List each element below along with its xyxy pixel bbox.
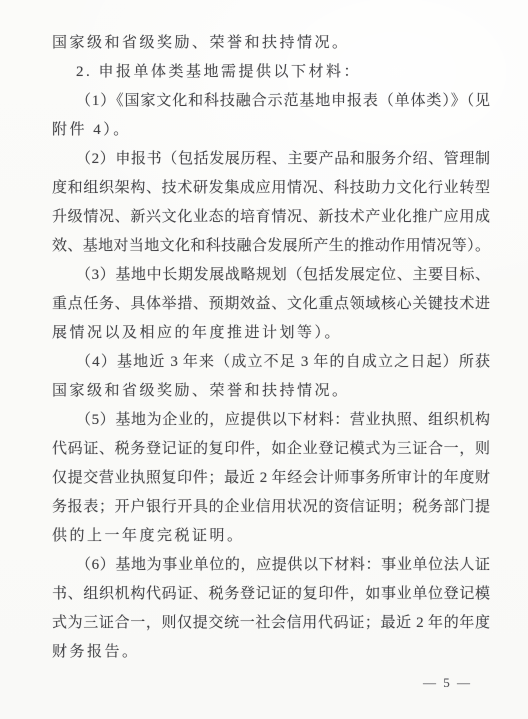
text-line: 效、基地对当地文化和科技融合发展所产生的推动作用情况等）。 [52,232,490,261]
text-line: 度和组织架构、技术研发集成应用情况、科技助力文化行业转型 [52,174,490,203]
text-line: （3）基地中长期发展战略规划（包括发展定位、主要目标、 [52,261,490,290]
text-line: 代码证、税务登记证的复印件，如企业登记模式为三证合一，则 [52,435,490,464]
text-line: 式为三证合一，则仅提交统一社会信用代码证；最近 2 年的年度 [52,609,490,638]
text-line: 重点任务、具体举措、预期效益、文化重点领域核心关键技术进 [52,290,490,319]
document-page: 国家级和省级奖励、荣誉和扶持情况。 2. 申报单体类基地需提供以下材料： （1）… [0,0,528,719]
text-line: 财务报告。 [52,638,490,667]
text-line: （5）基地为企业的，应提供以下材料：营业执照、组织机构 [52,406,490,435]
document-body-text: 国家级和省级奖励、荣誉和扶持情况。 2. 申报单体类基地需提供以下材料： （1）… [52,29,490,667]
text-line: 2. 申报单体类基地需提供以下材料： [52,58,490,87]
text-line: 升级情况、新兴文化业态的培育情况、新技术产业化推广应用成 [52,203,490,232]
text-line: 仅提交营业执照复印件；最近 2 年经会计师事务所审计的年度财 [52,464,490,493]
page-number: — 5 — [423,674,472,692]
text-line: （1）《国家文化和科技融合示范基地申报表（单体类）》（见 [52,87,490,116]
text-line: （6）基地为事业单位的，应提供以下材料：事业单位法人证 [52,551,490,580]
text-line: 国家级和省级奖励、荣誉和扶持情况。 [52,377,490,406]
text-line: 附件 4）。 [52,116,490,145]
text-line: （4）基地近 3 年来（成立不足 3 年的自成立之日起）所获 [52,348,490,377]
text-line: （2）申报书（包括发展历程、主要产品和服务介绍、管理制 [52,145,490,174]
text-line: 展情况以及相应的年度推进计划等）。 [52,319,490,348]
text-line: 务报表；开户银行开具的企业信用状况的资信证明；税务部门提 [52,493,490,522]
text-line: 供的上一年度完税证明。 [52,522,490,551]
text-line: 国家级和省级奖励、荣誉和扶持情况。 [52,29,490,58]
text-line: 书、组织机构代码证、税务登记证的复印件，如事业单位登记模 [52,580,490,609]
